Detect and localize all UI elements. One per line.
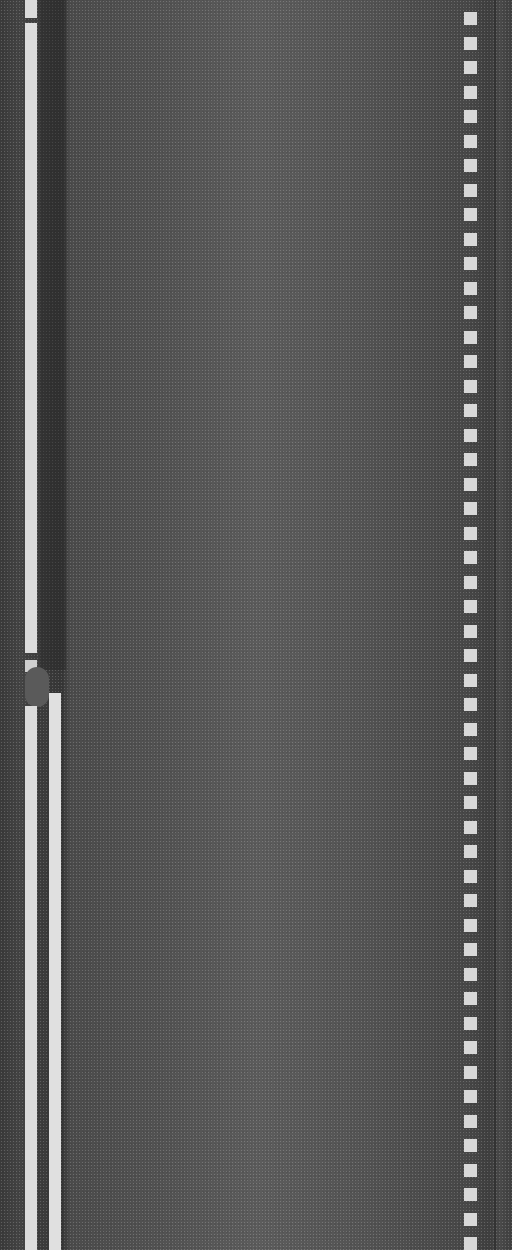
lane-dash: [464, 894, 477, 907]
lane-dash: [464, 723, 477, 736]
lane-dash: [464, 576, 477, 589]
asphalt-texture: [0, 0, 512, 1250]
lane-dash: [464, 110, 477, 123]
pavement-patch: [25, 667, 49, 707]
lane-dash: [464, 1237, 477, 1250]
lane-dash: [464, 184, 477, 197]
lane-dash: [464, 649, 477, 662]
lane-dash: [464, 282, 477, 295]
left-edge-line: [25, 0, 37, 18]
lane-dash: [464, 159, 477, 172]
lane-dash: [464, 551, 477, 564]
lane-dash: [464, 331, 477, 344]
left-inner-line: [49, 693, 61, 1250]
lane-dash: [464, 1066, 477, 1079]
left-edge-line: [25, 706, 37, 1250]
lane-dash: [464, 355, 477, 368]
lane-dash: [464, 1115, 477, 1128]
lane-dash: [464, 429, 477, 442]
lane-dash: [464, 1041, 477, 1054]
lane-dash: [464, 380, 477, 393]
lane-dash: [464, 37, 477, 50]
lane-dash: [464, 86, 477, 99]
lane-dash: [464, 968, 477, 981]
shoulder-strip: [40, 0, 66, 670]
lane-dash: [464, 12, 477, 25]
lane-dash: [464, 870, 477, 883]
lane-dash: [464, 478, 477, 491]
lane-dash: [464, 796, 477, 809]
lane-dash: [464, 1213, 477, 1226]
lane-dash: [464, 821, 477, 834]
lane-dash: [464, 1139, 477, 1152]
lane-dash: [464, 208, 477, 221]
lane-dash: [464, 845, 477, 858]
lane-dash: [464, 698, 477, 711]
lane-dash: [464, 600, 477, 613]
lane-dash: [464, 306, 477, 319]
right-dashed-line: [464, 0, 477, 1250]
lane-dash: [464, 257, 477, 270]
lane-dash: [464, 61, 477, 74]
lane-dash: [464, 919, 477, 932]
curb-edge: [494, 0, 496, 1250]
lane-dash: [464, 135, 477, 148]
left-edge-line: [25, 23, 37, 653]
lane-dash: [464, 527, 477, 540]
lane-dash: [464, 404, 477, 417]
lane-dash: [464, 233, 477, 246]
lane-dash: [464, 1188, 477, 1201]
lane-dash: [464, 674, 477, 687]
lane-dash: [464, 502, 477, 515]
lane-dash: [464, 453, 477, 466]
lane-dash: [464, 992, 477, 1005]
lane-dash: [464, 943, 477, 956]
lane-dash: [464, 772, 477, 785]
lane-dash: [464, 1090, 477, 1103]
lane-dash: [464, 747, 477, 760]
lane-dash: [464, 1017, 477, 1030]
lane-dash: [464, 1164, 477, 1177]
lane-dash: [464, 625, 477, 638]
road-surface: [0, 0, 512, 1250]
